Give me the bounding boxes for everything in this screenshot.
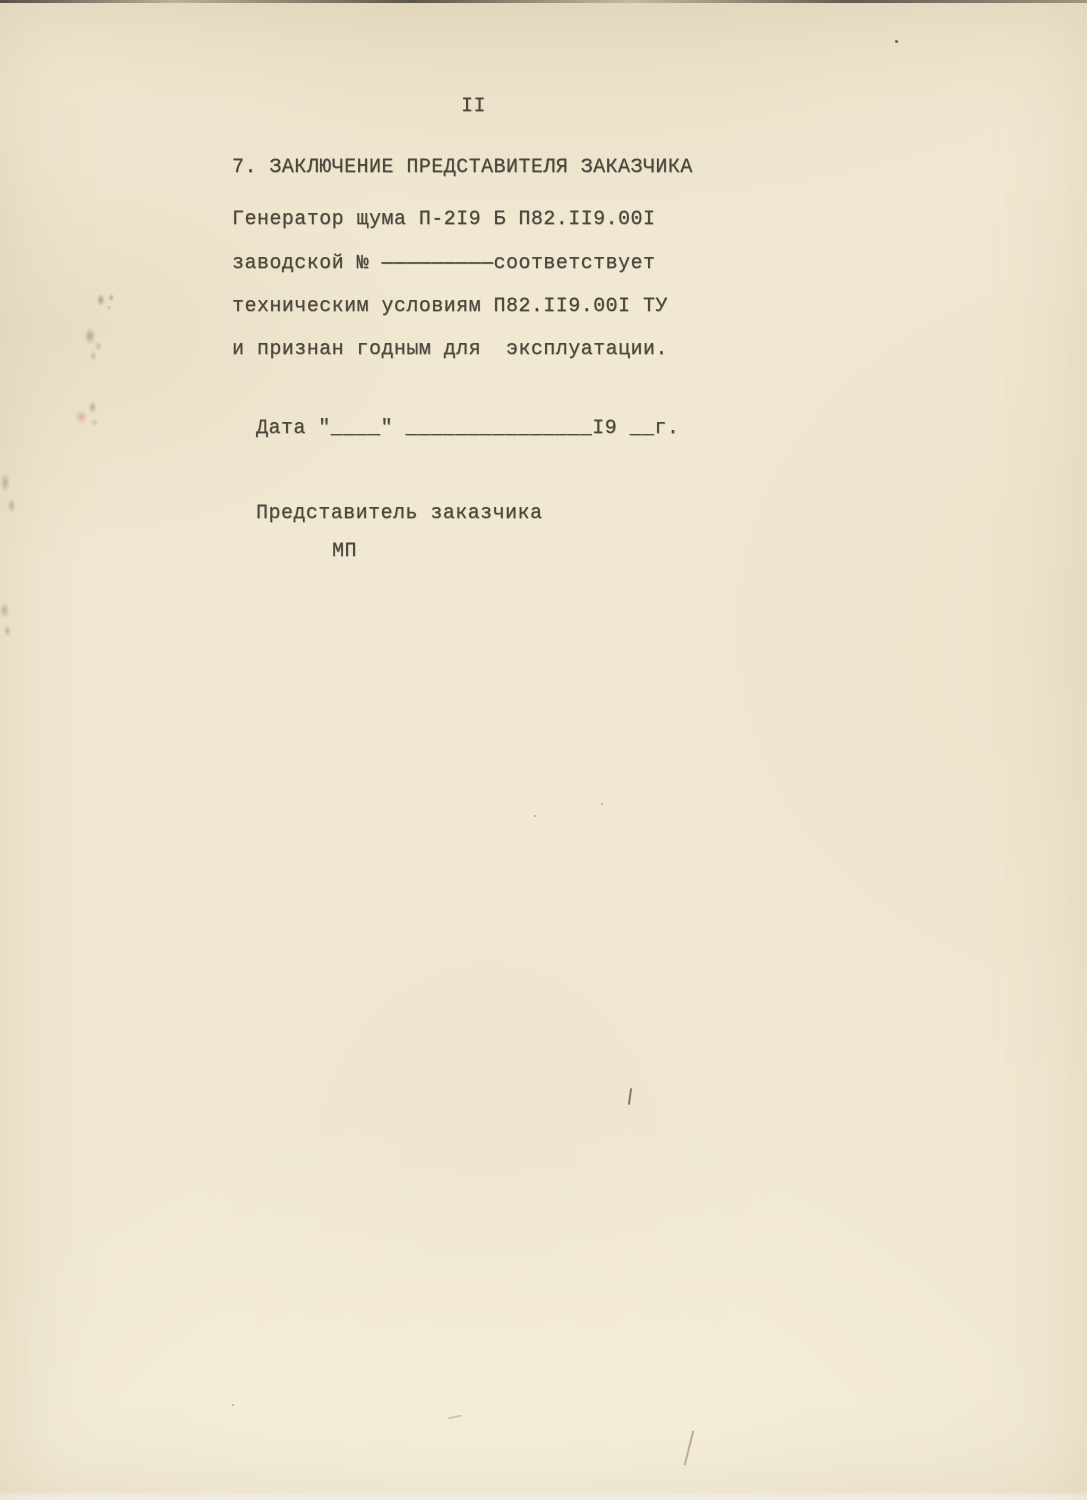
paper-edge-stain (0, 592, 20, 644)
scanned-document-page: II 7. ЗАКЛЮЧЕНИЕ ПРЕДСТАВИТЕЛЯ ЗАКАЗЧИКА… (0, 0, 1087, 1500)
paper-speck (232, 1404, 234, 1406)
signature-label: Представитель заказчика (256, 502, 542, 526)
body-line-fit-for-service: и признан годным для эксплуатации. (232, 338, 668, 362)
paper-speck (534, 815, 536, 817)
scan-top-edge (0, 0, 1087, 3)
page-number: II (461, 95, 486, 119)
paper-speck (895, 40, 898, 43)
paper-fiber (684, 1430, 695, 1465)
section-heading: 7. ЗАКЛЮЧЕНИЕ ПРЕДСТАВИТЕЛЯ ЗАКАЗЧИКА (232, 156, 693, 180)
paper-fiber (448, 1415, 462, 1420)
scan-bottom-edge (0, 1492, 1087, 1500)
paper-stain (68, 394, 106, 432)
paper-edge-stain (0, 465, 26, 523)
paper-speck (601, 803, 603, 805)
paper-fiber (628, 1088, 632, 1105)
body-line-serial-number: заводской № —————————соответствует (232, 252, 655, 276)
body-line-specifications: техническим условиям П82.II9.00I ТУ (232, 295, 668, 319)
body-line-generator: Генератор щума П-2I9 Б П82.II9.00I (232, 208, 655, 232)
paper-stain (78, 322, 112, 362)
paper-stain (93, 290, 119, 312)
stamp-place-abbreviation: МП (332, 540, 357, 564)
date-blank-line: Дата "____" _______________I9 __г. (256, 417, 679, 441)
